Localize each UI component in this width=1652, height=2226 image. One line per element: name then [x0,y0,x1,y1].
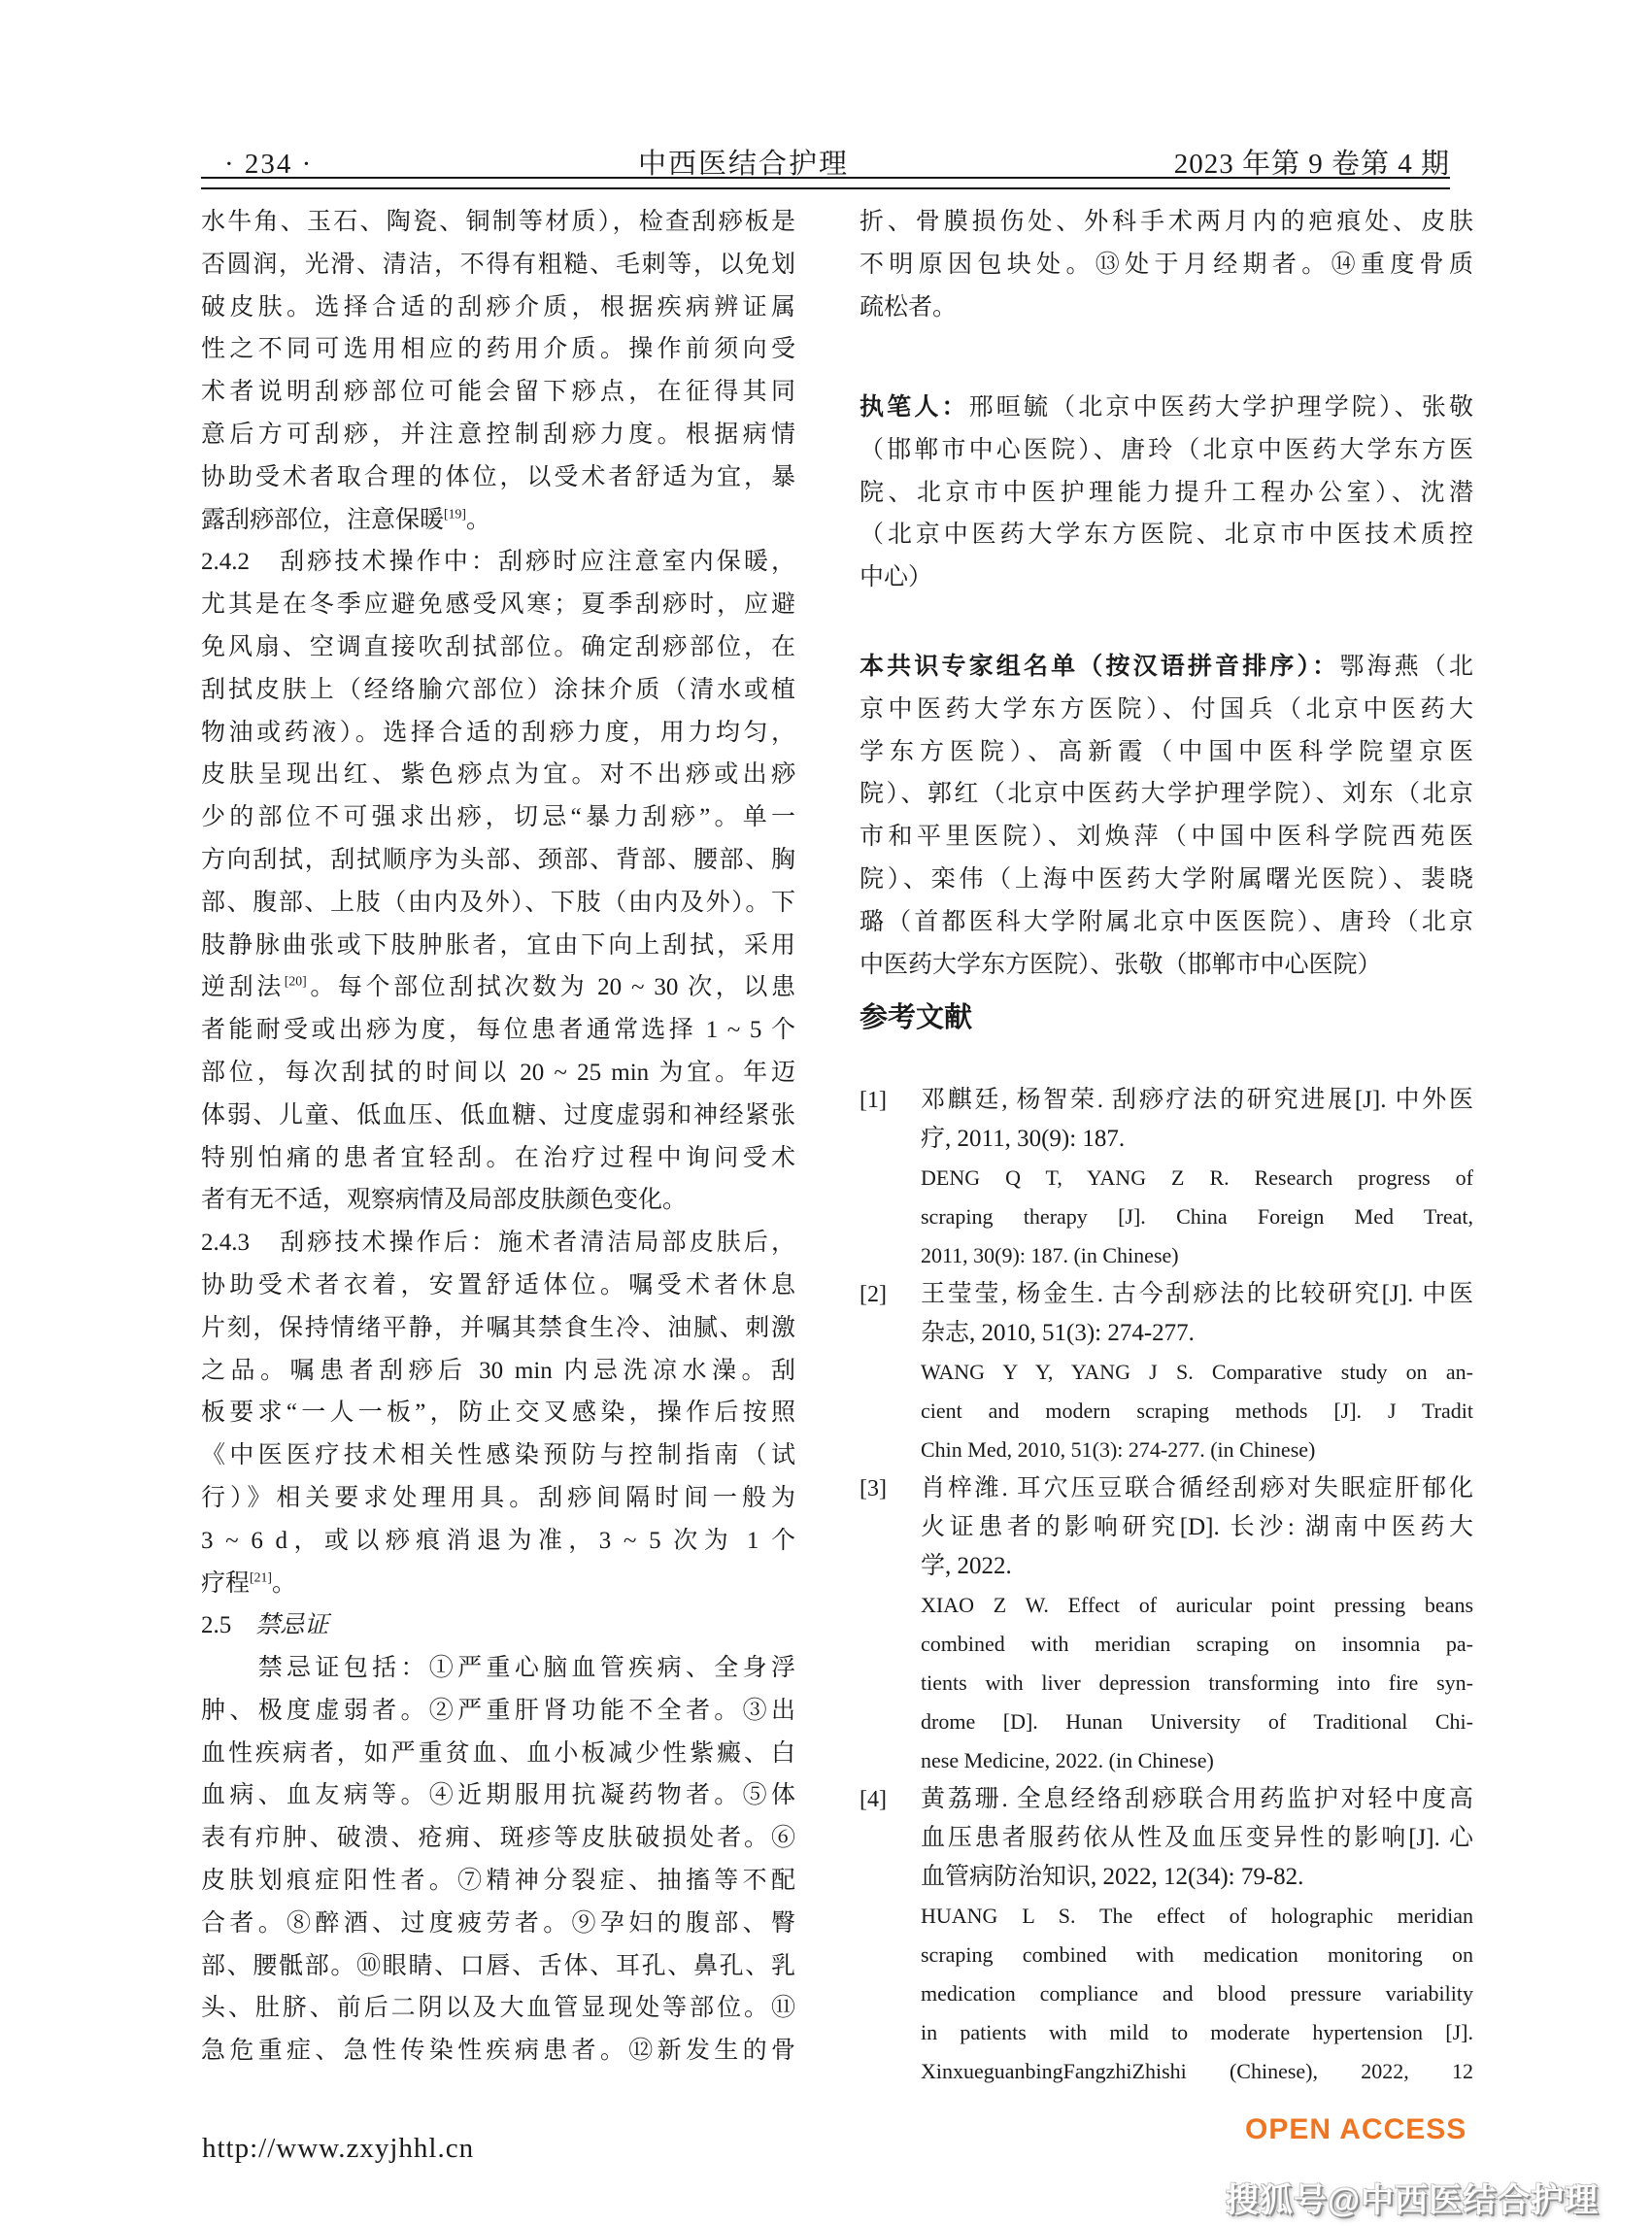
text-line: 疗, 2011, 30(9): 187. [921,1120,1473,1159]
text-line: 本共识专家组名单（按汉语拼音排序）：鄂海燕（北 [860,646,1473,689]
text-line: 中医药大学东方医院）、张敬（邯郸市中心医院） [860,944,1473,987]
text-line: 肢静脉曲张或下肢肿胀者，宜由下向上刮拭，采用 [201,925,795,967]
expert-panel-paragraph: 本共识专家组名单（按汉语拼音排序）：鄂海燕（北京中医药大学东方医院）、付国兵（北… [860,646,1473,986]
text-line: 者能耐受或出痧为度，每位患者通常选择 1 ~ 5 个 [201,1009,795,1052]
text-line: 院、北京市中医护理能力提升工程办公室）、沈潜 [860,472,1473,515]
text-line: 2011, 30(9): 187. (in Chinese) [921,1236,1473,1275]
text-line: 火证患者的影响研究[D]. 长沙: 湖南中医药大 [921,1508,1473,1547]
text-line: 血病、血友病等。④近期服用抗凝药物者。⑤体 [201,1774,795,1817]
text-line: 方向刮拭，刮拭顺序为头部、颈部、背部、腰部、胸 [201,839,795,882]
text-line: 2.5 禁忌证 [201,1604,795,1647]
reference-marker: [1] [860,1081,921,1275]
contraindications-continuation: 折、骨膜损伤处、外科手术两月内的疤痕处、皮肤不明原因包块处。⑬处于月经期者。⑭重… [860,201,1473,328]
text-line: 者有无不适，观察病情及局部皮肤颜色变化。 [201,1179,795,1222]
reference-marker: [2] [860,1275,921,1469]
open-access-badge: OPEN ACCESS [1245,2113,1467,2146]
text-line: 片刻，保持情绪平静，并嘱其禁食生冷、油腻、刺激 [201,1307,795,1350]
reference-marker: [4] [860,1780,921,2091]
text-line: 尤其是在冬季应避免感受风寒；夏季刮痧时，应避 [201,584,795,626]
text-line: 2.4.2 刮痧技术操作中：刮痧时应注意室内保暖， [201,541,795,584]
emphasized-text: 执笔人： [860,393,969,421]
text-line: 禁忌证包括：①严重心脑血管疾病、全身浮 [201,1647,795,1690]
text-line: 血压患者服药依从性及血压变异性的影响[J]. 心 [921,1819,1473,1858]
text-line: 部位，每次刮拭的时间以 20 ~ 25 min 为宜。年迈 [201,1052,795,1095]
text-line: 合者。⑧醉酒、过度疲劳者。⑨孕妇的腹部、臀 [201,1903,795,1945]
reference-item: [2]王莹莹, 杨金生. 古今刮痧法的比较研究[J]. 中医杂志, 2010, … [860,1275,1473,1469]
text-line: 头、肚脐、前后二阴以及大血管显现处等部位。⑪ [201,1987,795,2030]
text-line: combined with meridian scraping on insom… [921,1625,1473,1664]
text-line: medication compliance and blood pressure… [921,1974,1473,2013]
text-line: cient and modern scraping methods [J]. J… [921,1392,1473,1431]
text-line: WANG Y Y, YANG J S. Comparative study on… [921,1353,1473,1392]
text-line: XIAO Z W. Effect of auricular point pres… [921,1586,1473,1625]
text-line: drome [D]. Hunan University of Tradition… [921,1703,1473,1741]
text-line: nese Medicine, 2022. (in Chinese) [921,1741,1473,1780]
page-header: · 234 · 中西医结合护理 2023 年第 9 卷第 4 期 [201,142,1450,179]
text-line: 特别怕痛的患者宜轻刮。在治疗过程中询问受术 [201,1137,795,1180]
sohu-watermark: 搜狐号@中西医结合护理 [1226,2174,1599,2221]
text-line: 逆刮法[20]。每个部位刮拭次数为 20 ~ 30 次，以患 [201,966,795,1009]
citation-superscript: [21] [250,1569,272,1584]
text-line: 少的部位不可强求出痧，切忌“暴力刮痧”。单一 [201,796,795,839]
citation-superscript: [19] [444,506,466,521]
text-line: 部、腰骶部。⑩眼睛、口唇、舌体、耳孔、鼻孔、乳 [201,1945,795,1988]
reference-body: 王莹莹, 杨金生. 古今刮痧法的比较研究[J]. 中医杂志, 2010, 51(… [921,1275,1473,1469]
text-line: 疗程[21]。 [201,1563,795,1605]
references-list: [1]邓麒廷, 杨智荣. 刮痧疗法的研究进展[J]. 中外医疗, 2011, 3… [860,1081,1473,2091]
text-line: 学, 2022. [921,1547,1473,1586]
text-line: 中心） [860,556,1473,599]
text-line: （邯郸市中心医院）、唐玲（北京中医药大学东方医 [860,429,1473,472]
reference-body: 邓麒廷, 杨智荣. 刮痧疗法的研究进展[J]. 中外医疗, 2011, 30(9… [921,1081,1473,1275]
reference-item: [1]邓麒廷, 杨智荣. 刮痧疗法的研究进展[J]. 中外医疗, 2011, 3… [860,1081,1473,1275]
text-line: （北京中医药大学东方医院、北京市中医技术质控 [860,514,1473,556]
text-line: 2.4.3 刮痧技术操作后：施术者清洁局部皮肤后， [201,1222,795,1265]
text-line: 京中医药大学东方医院）、付国兵（北京中医药大 [860,689,1473,731]
text-line: 行）》相关要求处理用具。刮痧间隔时间一般为 [201,1477,795,1520]
text-line: 王莹莹, 杨金生. 古今刮痧法的比较研究[J]. 中医 [921,1275,1473,1314]
text-line: 市和平里医院）、刘焕萍（中国中医科学院西苑医 [860,816,1473,859]
text-line: 表有疖肿、破溃、疮痈、斑疹等皮肤破损处者。⑥ [201,1817,795,1860]
text-line: 协助受术者衣着，安置舒适体位。嘱受术者休息 [201,1265,795,1307]
text-line: 院）、郭红（北京中医药大学护理学院）、刘东（北京 [860,773,1473,816]
text-line: in patients with mild to moderate hypert… [921,2013,1473,2052]
text-line: 水牛角、玉石、陶瓷、铜制等材质），检查刮痧板是 [201,201,795,244]
text-line: HUANG L S. The effect of holographic mer… [921,1897,1473,1936]
text-line: XinxueguanbingFangzhiZhishi (Chinese), 2… [921,2052,1473,2091]
text-line: 折、骨膜损伤处、外科手术两月内的疤痕处、皮肤 [860,201,1473,244]
citation-superscript: [20] [285,974,307,989]
references-heading: 参考文献 [860,996,1473,1039]
text-line: 刮拭皮肤上（经络腧穴部位）涂抹介质（清水或植 [201,669,795,712]
text-line: 肿、极度虚弱者。②严重肝肾功能不全者。③出 [201,1690,795,1733]
text-line: 破皮肤。选择合适的刮痧介质，根据疾病辨证属 [201,287,795,329]
text-line: 部、腹部、上肢（由内及外）、下肢（由内及外）。下 [201,882,795,925]
emphasized-text: 本共识专家组名单（按汉语拼音排序）： [860,653,1339,680]
text-line: 血管病防治知识, 2022, 12(34): 79-82. [921,1858,1473,1897]
text-line: 杂志, 2010, 51(3): 274-277. [921,1314,1473,1353]
text-line: 黄荔珊. 全息经络刮痧联合用药监护对轻中度高 [921,1780,1473,1819]
reference-marker: [3] [860,1469,921,1780]
text-line: 学东方医院）、高新霞（中国中医科学院望京医 [860,731,1473,774]
text-line: 露刮痧部位，注意保暖[19]。 [201,499,795,542]
reference-body: 肖梓潍. 耳穴压豆联合循经刮痧对失眠症肝郁化火证患者的影响研究[D]. 长沙: … [921,1469,1473,1780]
text-line: 板要求“一人一板”，防止交叉感染，操作后按照 [201,1392,795,1434]
text-line: 协助受术者取合理的体位，以受术者舒适为宜，暴 [201,456,795,499]
text-line: 否圆润，光滑、清洁，不得有粗糙、毛刺等，以免划 [201,244,795,287]
text-line: Chin Med, 2010, 51(3): 274-277. (in Chin… [921,1431,1473,1469]
header-rule [201,177,1450,189]
reference-body: 黄荔珊. 全息经络刮痧联合用药监护对轻中度高血压患者服药依从性及血压变异性的影响… [921,1780,1473,2091]
text-line: 邓麒廷, 杨智荣. 刮痧疗法的研究进展[J]. 中外医 [921,1081,1473,1120]
text-line: 璐（首都医科大学附属北京中医医院）、唐玲（北京 [860,901,1473,944]
text-line: scraping combined with medication monito… [921,1936,1473,1974]
text-line: tients with liver depression transformin… [921,1664,1473,1703]
reference-item: [3]肖梓潍. 耳穴压豆联合循经刮痧对失眠症肝郁化火证患者的影响研究[D]. 长… [860,1469,1473,1780]
text-line: 肖梓潍. 耳穴压豆联合循经刮痧对失眠症肝郁化 [921,1469,1473,1508]
text-line: 院）、栾伟（上海中医药大学附属曙光医院）、裴晓 [860,859,1473,901]
text-line: 血性疾病者，如严重贫血、血小板减少性紫癜、白 [201,1733,795,1775]
text-line: 之品。嘱患者刮痧后 30 min 内忌洗凉水澡。刮 [201,1350,795,1393]
reference-item: [4]黄荔珊. 全息经络刮痧联合用药监护对轻中度高血压患者服药依从性及血压变异性… [860,1780,1473,2091]
text-line: 体弱、儿童、低血压、低血糖、过度虚弱和神经紧张 [201,1095,795,1137]
journal-page: · 234 · 中西医结合护理 2023 年第 9 卷第 4 期 水牛角、玉石、… [0,0,1652,2226]
text-line: 3 ~ 6 d，或以痧痕消退为准，3 ~ 5 次为 1 个 [201,1520,795,1563]
journal-title: 中西医结合护理 [638,142,849,182]
left-column: 水牛角、玉石、陶瓷、铜制等材质），检查刮痧板是否圆润，光滑、清洁，不得有粗糙、毛… [201,201,795,2073]
emphasized-text: 禁忌证 [255,1612,328,1638]
text-line: 执笔人：邢晅毓（北京中医药大学护理学院）、张敬 [860,387,1473,429]
text-line: 不明原因包块处。⑬处于月经期者。⑭重度骨质 [860,244,1473,287]
text-line: 性之不同可选用相应的药用介质。操作前须向受 [201,328,795,371]
text-line: 意后方可刮痧，并注意控制刮痧力度。根据病情 [201,414,795,456]
text-line: 物油或药液）。选择合适的刮痧力度，用力均匀， [201,712,795,755]
issue-info: 2023 年第 9 卷第 4 期 [1174,142,1450,182]
text-line: 疏松者。 [860,287,1473,329]
text-line: scraping therapy [J]. China Foreign Med … [921,1197,1473,1236]
text-line: 急危重症、急性传染性疾病患者。⑫新发生的骨 [201,2030,795,2073]
text-line: 《中医医疗技术相关性感染预防与控制指南（试 [201,1434,795,1477]
writers-paragraph: 执笔人：邢晅毓（北京中医药大学护理学院）、张敬（邯郸市中心医院）、唐玲（北京中医… [860,387,1473,599]
text-line: 术者说明刮痧部位可能会留下痧点，在征得其同 [201,371,795,414]
text-line: 皮肤呈现出红、紫色痧点为宜。对不出痧或出痧 [201,754,795,796]
text-line: DENG Q T, YANG Z R. Research progress of [921,1159,1473,1197]
journal-website-url: http://www.zxyjhhl.cn [202,2133,474,2165]
text-line: 皮肤划痕症阳性者。⑦精神分裂症、抽搐等不配 [201,1860,795,1903]
text-line: 免风扇、空调直接吹刮拭部位。确定刮痧部位，在 [201,626,795,669]
